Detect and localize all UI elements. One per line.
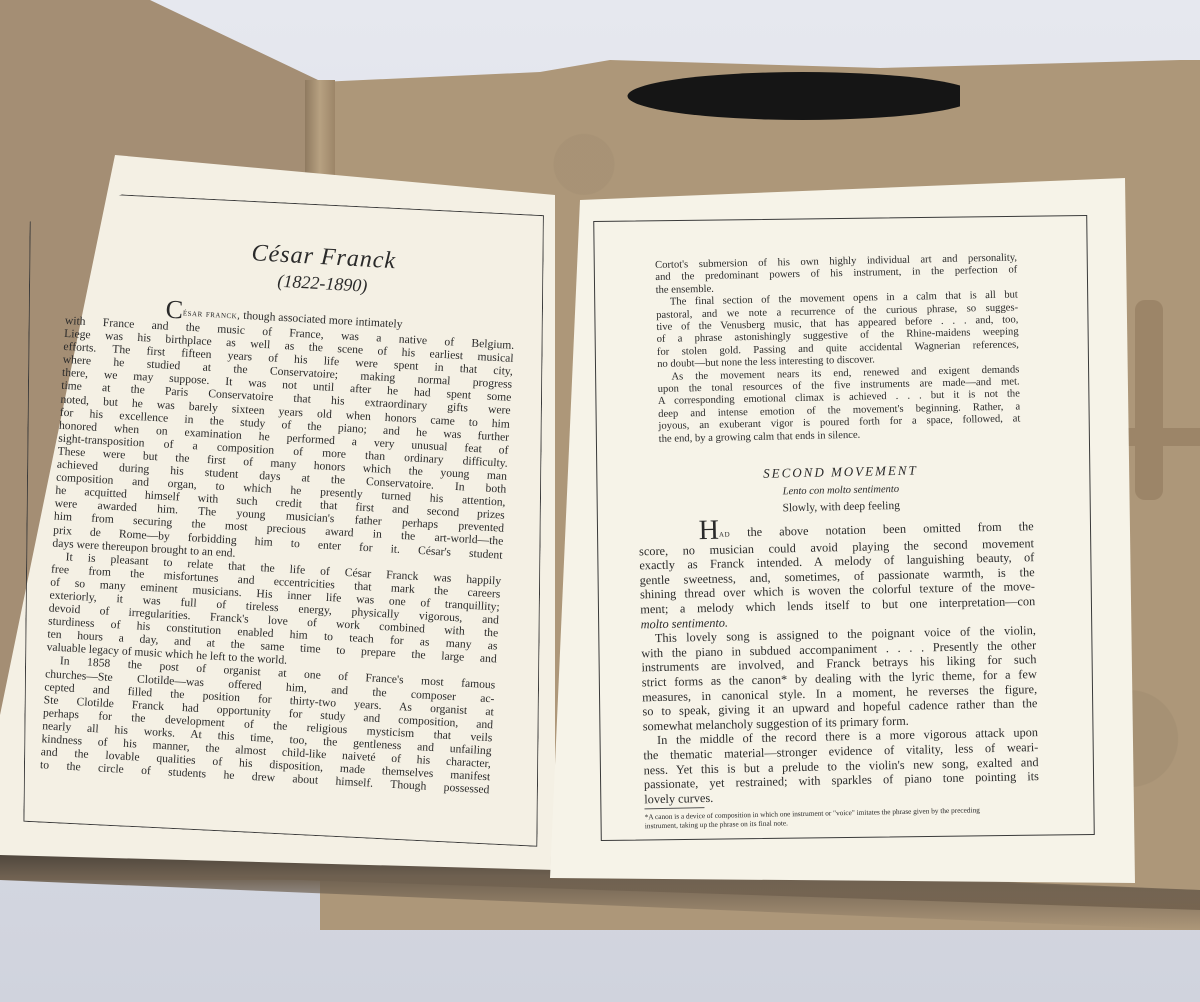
right-page-text: Cortot's submersion of his own highly in…	[655, 252, 1029, 830]
opening-smallcaps: ad	[719, 529, 730, 540]
paragraph-biography-3: In 1858 the post of organist at one of F…	[40, 654, 496, 797]
paragraph-climax: As the movement nears its end, renewed a…	[657, 364, 1020, 446]
left-page-text: César Franck (1822-1890) César franck, t…	[40, 230, 520, 797]
paragraph-final-section: The final section of the movement opens …	[656, 290, 1019, 372]
tempo-marking: Lento con molto sentimento	[660, 481, 1022, 500]
photo-scene: César Franck (1822-1890) César franck, t…	[0, 0, 1200, 1002]
drop-cap: H	[698, 515, 719, 546]
opening-smallcaps: ésar franck,	[183, 307, 241, 321]
paragraph-biography-1: César franck, though associated more int…	[52, 294, 516, 574]
section-heading: SECOND MOVEMENT	[659, 460, 1021, 484]
cross-motif-decoration	[1135, 300, 1163, 500]
paragraph-movement-1: Had the above notation been omitted from…	[639, 515, 1040, 830]
footnote-rule	[644, 807, 704, 809]
